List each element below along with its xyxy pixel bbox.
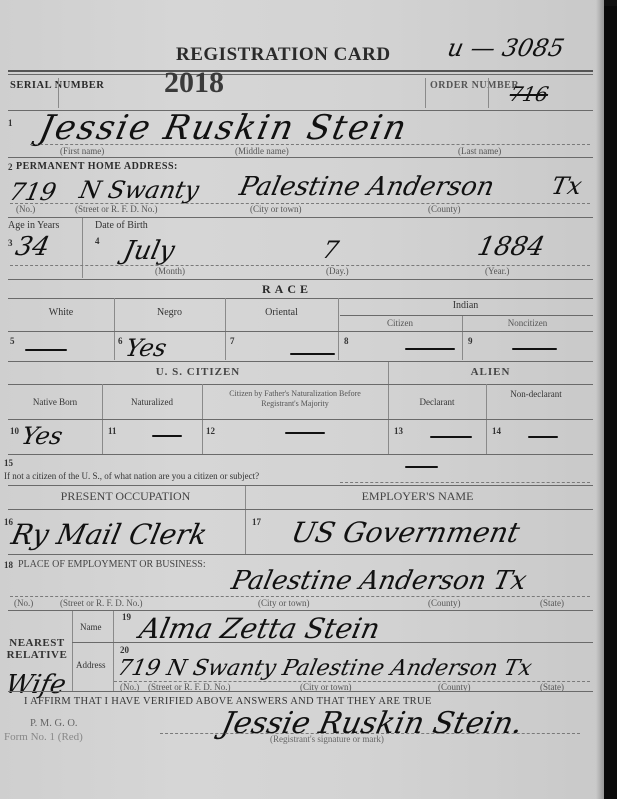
divider: [340, 315, 593, 316]
dotted-line: [10, 596, 590, 597]
race-indian-noncitizen-header: Noncitizen: [462, 318, 593, 328]
race-negro-value: Yes: [123, 334, 169, 362]
address-county-label: (County): [428, 204, 461, 214]
field-number: 4: [95, 236, 100, 246]
place-county-label: (County): [428, 598, 461, 608]
naturalized-value: [152, 435, 182, 437]
divider: [113, 611, 114, 691]
divider: [8, 454, 593, 455]
employer-title: EMPLOYER'S NAME: [245, 489, 590, 504]
occupation-title: PRESENT OCCUPATION: [8, 489, 243, 504]
birth-year-label: (Year.): [485, 266, 509, 276]
relative-address-label: Address: [76, 660, 106, 670]
divider: [8, 279, 593, 280]
handwritten-card-number: u — 3085: [445, 34, 567, 62]
place-no-label: (No.): [14, 598, 33, 608]
field-number: 1: [8, 118, 13, 128]
divider: [8, 70, 593, 72]
divider: [8, 485, 593, 486]
non-declarant-header: Non-declarant: [496, 389, 576, 399]
race-indian-header: Indian: [338, 300, 593, 311]
relative-name-label: Name: [80, 622, 102, 632]
form-id: P. M. G. O.: [30, 718, 78, 729]
registrant-name: Jessie Ruskin Stein: [36, 108, 412, 148]
field-number: 20: [120, 645, 129, 655]
serial-number-value: 2018: [164, 66, 224, 100]
divider: [8, 691, 593, 692]
order-number-label: ORDER NUMBER: [430, 80, 488, 91]
occupation-value: Ry Mail Clerk: [8, 518, 210, 551]
field-number: 15: [4, 458, 13, 468]
alien-title: ALIEN: [388, 366, 593, 378]
naturalized-header: Naturalized: [102, 397, 202, 407]
race-negro-header: Negro: [114, 307, 225, 318]
father-naturalization-value: [285, 432, 325, 434]
race-oriental-value: [290, 353, 335, 355]
middle-name-label: (Middle name): [235, 146, 289, 156]
signature-label: (Registrant's signature or mark): [270, 734, 384, 744]
divider: [8, 157, 593, 158]
field-number: 14: [492, 426, 501, 436]
place-of-employment-value: Palestine Anderson Tx: [229, 566, 529, 596]
birth-day: 7: [320, 236, 341, 264]
field-number: 8: [344, 336, 349, 346]
divider: [388, 362, 389, 454]
address-city-label: (City or town): [250, 204, 302, 214]
dotted-line: [30, 144, 590, 145]
race-indian-noncitizen-value: [512, 348, 557, 350]
field-number: 13: [394, 426, 403, 436]
relative-address-value: 719 N Swanty Palestine Anderson Tx: [115, 656, 534, 681]
home-address-label: PERMANENT HOME ADDRESS:: [16, 161, 178, 172]
field-number: 17: [252, 517, 261, 527]
employer-value: US Government: [288, 516, 522, 549]
age-label: Age in Years: [8, 220, 59, 231]
birth-day-label: (Day.): [326, 266, 349, 276]
field-number: 12: [206, 426, 215, 436]
field-number: 16: [4, 517, 13, 527]
place-street-label: (Street or R. F. D. No.): [60, 598, 143, 608]
place-of-employment-label: PLACE OF EMPLOYMENT OR BUSINESS:: [18, 559, 206, 570]
place-city-label: (City or town): [258, 598, 310, 608]
address-number: 719: [7, 178, 59, 206]
relative-name-value: Alma Zetta Stein: [136, 612, 382, 645]
address-no-label: (No.): [16, 204, 35, 214]
field-number: 9: [468, 336, 473, 346]
father-naturalization-header: Citizen by Father's Naturalization Befor…: [210, 389, 380, 409]
field-number: 7: [230, 336, 235, 346]
field-number: 3: [8, 238, 13, 248]
birth-month-label: (Month): [155, 266, 185, 276]
first-name-label: (First name): [60, 146, 104, 156]
divider: [425, 78, 426, 108]
race-title: RACE: [262, 282, 312, 297]
address-street: N Swanty: [77, 176, 202, 204]
address-city: Palestine Anderson: [237, 172, 497, 202]
registration-card: REGISTRATION CARD u — 3085 SERIAL NUMBER…: [0, 0, 604, 799]
divider: [8, 74, 593, 75]
native-born-value: Yes: [19, 422, 65, 450]
race-indian-citizen-header: Citizen: [338, 318, 462, 328]
divider: [8, 361, 593, 362]
nearest-relative-title: NEAREST RELATIVE: [4, 637, 70, 661]
divider: [8, 331, 593, 332]
nation-question: If not a citizen of the U. S., of what n…: [4, 471, 259, 481]
divider: [8, 419, 593, 420]
divider: [8, 554, 593, 555]
divider: [245, 486, 246, 554]
field-number: 2: [8, 162, 13, 172]
divider: [8, 610, 593, 611]
serial-number-label: SERIAL NUMBER: [10, 80, 70, 91]
native-born-header: Native Born: [8, 397, 102, 407]
divider: [82, 218, 83, 278]
dotted-line: [340, 482, 590, 483]
divider: [8, 384, 593, 385]
birth-date-label: Date of Birth: [95, 220, 148, 231]
declarant-header: Declarant: [388, 397, 486, 407]
divider: [8, 509, 593, 510]
divider: [8, 298, 593, 299]
divider: [72, 642, 593, 643]
place-state-label: (State): [540, 598, 564, 608]
birth-month: July: [121, 236, 178, 266]
race-indian-citizen-value: [405, 348, 455, 350]
race-white-value: [25, 349, 67, 351]
divider: [72, 611, 73, 691]
card-title: REGISTRATION CARD: [176, 44, 391, 66]
last-name-label: (Last name): [458, 146, 501, 156]
non-declarant-value: [528, 436, 558, 438]
field-number: 19: [122, 612, 131, 622]
order-number-value: 716: [507, 82, 550, 106]
form-number: Form No. 1 (Red): [4, 731, 83, 743]
address-street-label: (Street or R. F. D. No.): [75, 204, 158, 214]
field-number: 11: [108, 426, 117, 436]
nation-value: [405, 466, 438, 468]
field-number: 10: [10, 426, 19, 436]
address-county: Tx: [549, 172, 584, 200]
divider: [58, 78, 59, 108]
divider: [8, 217, 593, 218]
race-white-header: White: [8, 307, 114, 318]
race-oriental-header: Oriental: [225, 307, 338, 318]
field-number: 6: [118, 336, 123, 346]
declarant-value: [430, 436, 472, 438]
field-number: 5: [10, 336, 15, 346]
field-number: 18: [4, 560, 13, 570]
us-citizen-title: U. S. CITIZEN: [8, 366, 388, 378]
divider: [488, 78, 489, 108]
birth-year: 1884: [475, 232, 548, 262]
age-value: 34: [13, 232, 52, 262]
